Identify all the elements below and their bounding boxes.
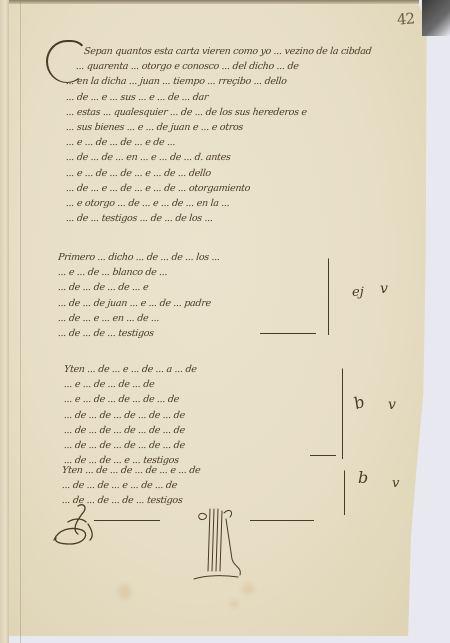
margin-check-mark: v [392, 476, 399, 491]
paper-stain [118, 585, 132, 599]
text-line: ... de ... de juan ... e ... de ... padr… [58, 296, 323, 311]
margin-check-mark: v [388, 397, 396, 413]
page-top-edge [9, 0, 419, 4]
margin-check-mark: v [380, 281, 388, 297]
margin-note: ej [352, 285, 364, 300]
closing-line [310, 455, 336, 456]
text-line: ... de ... e ... en ... de ... [58, 311, 323, 326]
entry-bracket [322, 258, 329, 335]
text-line: ... de ... de ... en ... e ... de ... d.… [66, 150, 386, 165]
entry-text: Primero ... dicho ... de ... de ... los … [58, 250, 323, 341]
text-line: ... sus bienes ... e ... de juan e ... e… [66, 120, 386, 135]
text-line: ... de ... de ... de ... e [58, 280, 323, 295]
rule-line [250, 520, 314, 521]
paper-stain [242, 584, 254, 594]
text-line: ... de ... e ... de ... e ... de ... oto… [66, 181, 386, 196]
text-line: ... e ... de ... de ... de ... de [64, 392, 340, 407]
text-line: ... de ... de ... e ... de ... de [62, 478, 340, 493]
text-line: ... e ... de ... de ... de [64, 377, 340, 392]
text-line: ... e ... de ... de ... e de ... [66, 135, 386, 150]
text-line: Sepan quantos esta carta vieren como yo … [66, 44, 386, 59]
text-line: ... de ... de ... de ... de ... de [64, 438, 340, 453]
text-line: ... de ... de ... de ... de ... de [64, 423, 340, 438]
text-line: ... de ... de ... de ... de ... de [64, 408, 340, 423]
text-line: ... en la dicha ... juan ... tiempo ... … [66, 74, 386, 89]
text-line: ... de ... testigos ... de ... de los ..… [66, 211, 386, 226]
notarial-flourish-signature [48, 500, 112, 550]
entry-bracket [336, 368, 343, 459]
margin-rule [20, 0, 21, 643]
closing-line [260, 333, 316, 334]
margin-note: b [358, 468, 368, 487]
text-line: ... e ... de ... de ... e ... de ... del… [66, 166, 386, 181]
binding-strip [0, 0, 9, 643]
text-line: ... e ... de ... blanco de ... [58, 265, 323, 280]
entry-bracket [338, 470, 345, 515]
text-line: ... quarenta ... otorgo e conosco ... de… [66, 59, 386, 74]
scan-corner [422, 0, 450, 36]
text-line: Yten ... de ... de ... de ... e ... de [62, 463, 340, 478]
text-line: ... e otorgo ... de ... e ... de ... en … [66, 196, 386, 211]
entry-text: Yten ... de ... e ... de ... a ... de ..… [64, 362, 340, 468]
main-entry-text: Sepan quantos esta carta vieren como yo … [66, 44, 386, 226]
text-line: ... estas ... qualesquier ... de ... de … [66, 105, 386, 120]
notarial-sign-signature [190, 505, 250, 585]
text-line: Yten ... de ... e ... de ... a ... de [64, 362, 340, 377]
paper-stain [230, 600, 238, 608]
text-line: Primero ... dicho ... de ... de ... los … [58, 250, 323, 265]
folio-number: 42 [396, 9, 414, 28]
text-line: ... de ... e ... sus ... e ... de ... da… [66, 90, 386, 105]
